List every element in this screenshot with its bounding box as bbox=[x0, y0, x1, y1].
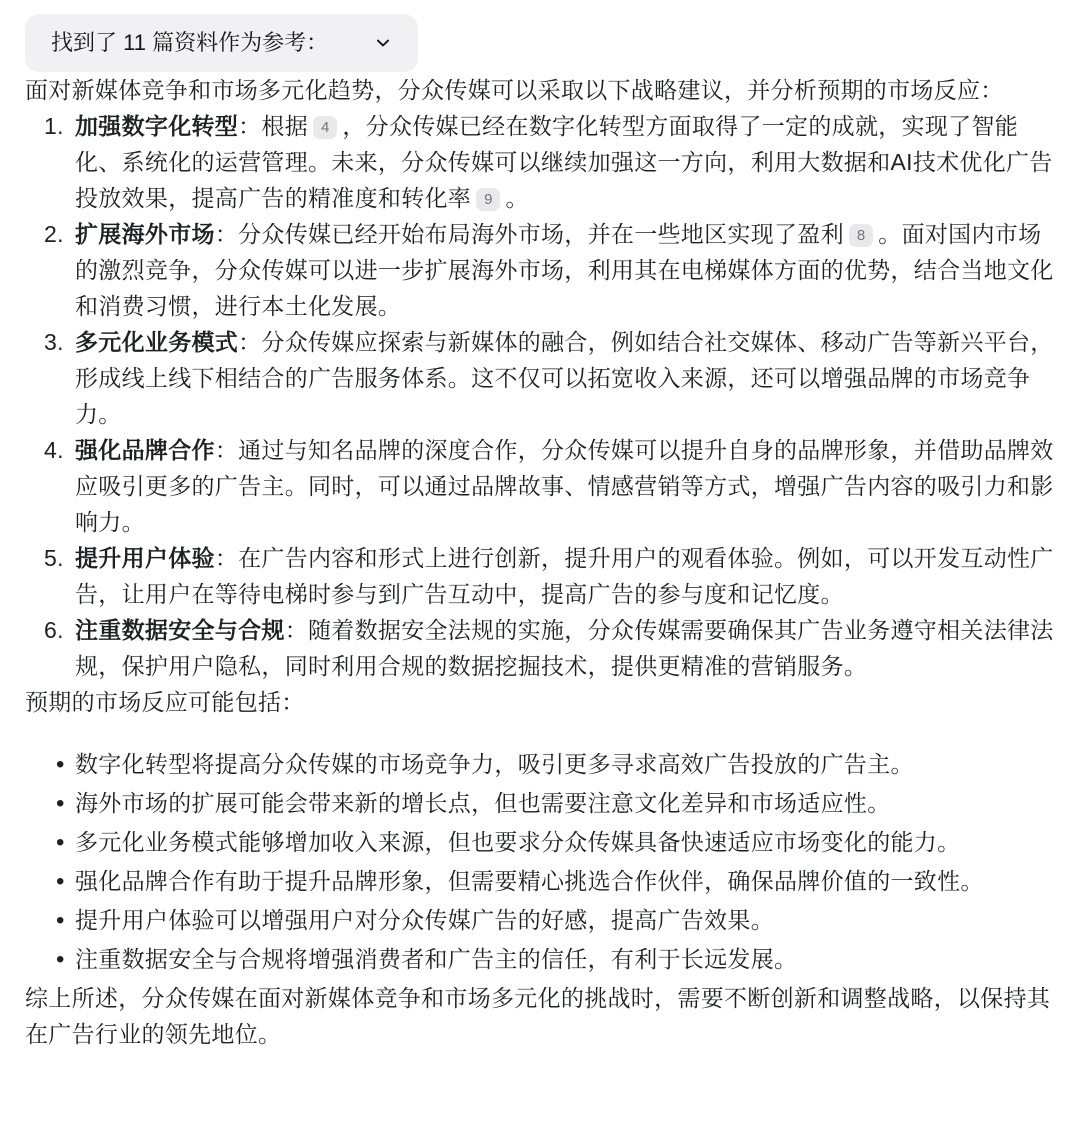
list-number: 6. bbox=[44, 612, 64, 648]
list-number: 3. bbox=[44, 324, 64, 360]
reaction-item-5: 提升用户体验可以增强用户对分众传媒广告的好感，提高广告效果。 bbox=[25, 902, 1056, 939]
list-number: 2. bbox=[44, 216, 64, 252]
list-number: 1. bbox=[44, 108, 64, 144]
chat-answer-page: 找到了 11 篇资料作为参考： 面对新媒体竞争和市场多元化趋势，分众传媒可以采取… bbox=[0, 0, 1080, 1064]
strategy-text: 。 bbox=[505, 185, 528, 211]
strategy-title: 多元化业务模式 bbox=[75, 329, 238, 355]
reaction-list: 数字化转型将提高分众传媒的市场竞争力，吸引更多寻求高效广告投放的广告主。 海外市… bbox=[25, 746, 1056, 978]
strategy-title: 加强数字化转型 bbox=[75, 113, 238, 139]
reaction-item-3: 多元化业务模式能够增加收入来源，但也要求分众传媒具备快速适应市场变化的能力。 bbox=[25, 824, 1056, 861]
reaction-item-6: 注重数据安全与合规将增强消费者和广告主的信任，有利于长远发展。 bbox=[25, 941, 1056, 978]
strategy-title: 提升用户体验 bbox=[75, 545, 215, 571]
list-number: 5. bbox=[44, 540, 64, 576]
intro-paragraph: 面对新媒体竞争和市场多元化趋势，分众传媒可以采取以下战略建议，并分析预期的市场反… bbox=[25, 72, 1056, 108]
reaction-item-4: 强化品牌合作有助于提升品牌形象，但需要精心挑选合作伙伴，确保品牌价值的一致性。 bbox=[25, 863, 1056, 900]
citation-badge[interactable]: 9 bbox=[476, 188, 500, 211]
reaction-item-2: 海外市场的扩展可能会带来新的增长点，但也需要注意文化差异和市场适应性。 bbox=[25, 785, 1056, 822]
sources-toggle-label: 找到了 11 篇资料作为参考： bbox=[51, 30, 328, 56]
strategy-item-6: 6. 注重数据安全与合规：随着数据安全法规的实施，分众传媒需要确保其广告业务遵守… bbox=[25, 612, 1056, 684]
citation-badge[interactable]: 4 bbox=[313, 116, 337, 139]
strategy-title: 强化品牌合作 bbox=[75, 437, 215, 463]
conclusion-paragraph: 综上所述，分众传媒在面对新媒体竞争和市场多元化的挑战时，需要不断创新和调整战略，… bbox=[25, 980, 1056, 1052]
strategy-item-3: 3. 多元化业务模式：分众传媒应探索与新媒体的融合，例如结合社交媒体、移动广告等… bbox=[25, 324, 1056, 432]
strategy-item-2: 2. 扩展海外市场：分众传媒已经开始布局海外市场，并在一些地区实现了盈利8。面对… bbox=[25, 216, 1056, 324]
strategy-text: ：分众传媒已经开始布局海外市场，并在一些地区实现了盈利 bbox=[215, 221, 844, 247]
list-number: 4. bbox=[44, 432, 64, 468]
strategy-title: 扩展海外市场 bbox=[75, 221, 215, 247]
strategy-text: ：通过与知名品牌的深度合作，分众传媒可以提升自身的品牌形象，并借助品牌效应吸引更… bbox=[75, 437, 1054, 535]
strategy-list: 1. 加强数字化转型：根据4，分众传媒已经在数字化转型方面取得了一定的成就，实现… bbox=[25, 108, 1056, 684]
strategy-item-4: 4. 强化品牌合作：通过与知名品牌的深度合作，分众传媒可以提升自身的品牌形象，并… bbox=[25, 432, 1056, 540]
citation-badge[interactable]: 8 bbox=[849, 224, 873, 247]
strategy-text: ：在广告内容和形式上进行创新，提升用户的观看体验。例如，可以开发互动性广告，让用… bbox=[75, 545, 1054, 607]
strategy-item-5: 5. 提升用户体验：在广告内容和形式上进行创新，提升用户的观看体验。例如，可以开… bbox=[25, 540, 1056, 612]
reaction-item-1: 数字化转型将提高分众传媒的市场竞争力，吸引更多寻求高效广告投放的广告主。 bbox=[25, 746, 1056, 783]
chevron-down-icon bbox=[374, 34, 392, 52]
strategy-title: 注重数据安全与合规 bbox=[75, 617, 285, 643]
strategy-item-1: 1. 加强数字化转型：根据4，分众传媒已经在数字化转型方面取得了一定的成就，实现… bbox=[25, 108, 1056, 216]
strategy-text: ：根据 bbox=[238, 113, 308, 139]
sources-toggle[interactable]: 找到了 11 篇资料作为参考： bbox=[25, 14, 418, 72]
reactions-heading: 预期的市场反应可能包括： bbox=[25, 684, 1056, 720]
